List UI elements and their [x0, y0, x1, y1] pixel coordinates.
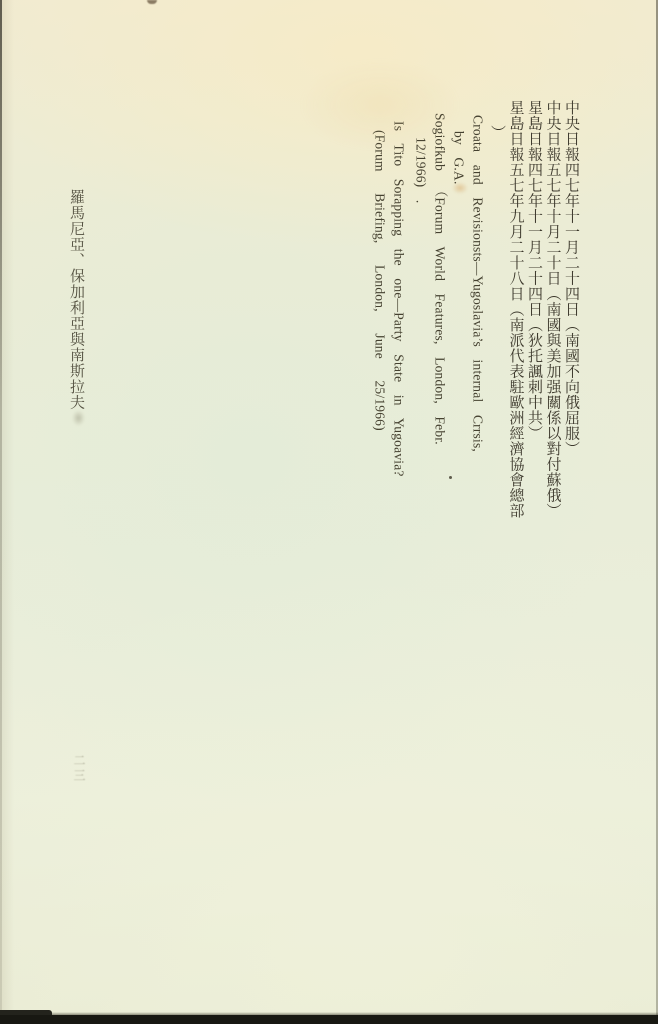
- citation-line-en: Is Tito Sorapping the one—Party State in…: [390, 100, 409, 720]
- citation-line-zh: 星島日報五七年九月二十八日（南派代表駐歐洲經濟協會總部: [506, 100, 525, 720]
- citation-line-en: Sogiofkub （Forum World Features, London,…: [431, 100, 450, 720]
- citation-line-zh: 中央日報四七年十一月二十四日（南國不向俄屈服）: [562, 100, 581, 720]
- citation-line-zh: 星島日報四七年十一月二十四日（狄托諷刺中共）: [525, 100, 544, 720]
- citation-block: 中央日報四七年十一月二十四日（南國不向俄屈服） 中央日報五七年十月二十日（南國與…: [371, 100, 581, 720]
- scanned-page: 中央日報四七年十一月二十四日（南國不向俄屈服） 中央日報五七年十月二十日（南國與…: [0, 0, 658, 1024]
- paper-stain: [300, 60, 460, 150]
- margin-chapter-title: 羅馬尼亞、保加利亞與南斯拉夫: [66, 189, 86, 410]
- ink-smudge: [72, 410, 85, 426]
- citation-line-en: (Forum Briefing, London, June 25/1966): [371, 100, 390, 720]
- paper-stain: [452, 182, 468, 194]
- citation-line-en: 12/1966) .: [412, 100, 431, 720]
- page-number: 二三: [71, 754, 86, 784]
- citation-line-zh: 中央日報五七年十月二十日（南國與美加强關係以對付蘇俄）: [543, 100, 562, 720]
- scan-edge-bottom: [0, 1015, 658, 1024]
- citation-line-paren: ）: [488, 100, 507, 720]
- scan-edge-left: [0, 0, 2, 1024]
- scan-speck: [147, 0, 157, 4]
- page-fold-shadow: [0, 0, 14, 1024]
- citation-line-en: Croata and Revisionsts—Yugoslavia’s inte…: [469, 100, 488, 720]
- stray-ink-dot: [449, 476, 452, 479]
